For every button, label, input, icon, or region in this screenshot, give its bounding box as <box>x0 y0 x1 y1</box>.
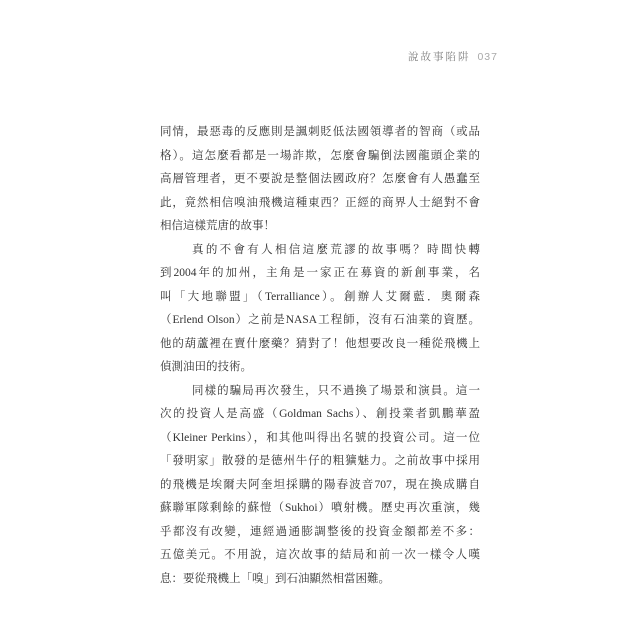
body-text-block: 同情，最惡毒的反應則是諷刺貶低法國領導者的智商（或品 格）。這怎麼看都是一場詐欺… <box>160 121 480 591</box>
text-line: 次的投資人是高盛（Goldman Sachs）、創投業者凱鵬華盈 <box>160 403 480 427</box>
book-page: 說故事陷阱037 同情，最惡毒的反應則是諷刺貶低法國領導者的智商（或品 格）。這… <box>0 0 640 640</box>
text-line: 同樣的騙局再次發生，只不過換了場景和演員。這一 <box>160 380 480 404</box>
text-line: 的飛機是埃爾夫阿奎坦採購的陽春波音707，現在換成購自 <box>160 474 480 498</box>
text-line: 真的不會有人相信這麼荒謬的故事嗎？時間快轉 <box>160 239 480 263</box>
text-line: 到2004年的加州，主角是一家正在募資的新創事業，名 <box>160 262 480 286</box>
text-line: 偵測油田的技術。 <box>160 356 480 380</box>
text-line: 同情，最惡毒的反應則是諷刺貶低法國領導者的智商（或品 <box>160 121 480 145</box>
text-line: 乎都沒有改變，連經過通膨調整後的投資金額都差不多： <box>160 521 480 545</box>
text-line: 叫「大地聯盟」（Terralliance）。創辦人艾爾藍．奧爾森 <box>160 286 480 310</box>
text-line: 此，竟然相信嗅油飛機這種東西？正經的商界人士絕對不會 <box>160 192 480 216</box>
text-line: 蘇聯軍隊剩餘的蘇愷（Sukhoi）噴射機。歷史再次重演，幾 <box>160 497 480 521</box>
text-line: （Erlend Olson）之前是NASA工程師，沒有石油業的資歷。 <box>160 309 480 333</box>
text-line: 相信這樣荒唐的故事！ <box>160 215 480 239</box>
text-line: 他的葫蘆裡在賣什麼藥？猜對了！他想要改良一種從飛機上 <box>160 333 480 357</box>
text-line: 五億美元。不用說，這次故事的結局和前一次一樣令人嘆 <box>160 544 480 568</box>
text-line: 格）。這怎麼看都是一場詐欺，怎麼會騙倒法國龍頭企業的 <box>160 145 480 169</box>
running-header: 說故事陷阱037 <box>408 50 498 64</box>
text-line: 高層管理者，更不要說是整個法國政府？怎麼會有人愚蠢至 <box>160 168 480 192</box>
text-line: 息：要從飛機上「嗅」到石油顯然相當困難。 <box>160 568 480 592</box>
page-number: 037 <box>477 51 498 63</box>
text-line: 「發明家」散發的是德州牛仔的粗獷魅力。之前故事中採用 <box>160 450 480 474</box>
chapter-title: 說故事陷阱 <box>408 51 471 63</box>
text-line: （Kleiner Perkins），和其他叫得出名號的投資公司。這一位 <box>160 427 480 451</box>
